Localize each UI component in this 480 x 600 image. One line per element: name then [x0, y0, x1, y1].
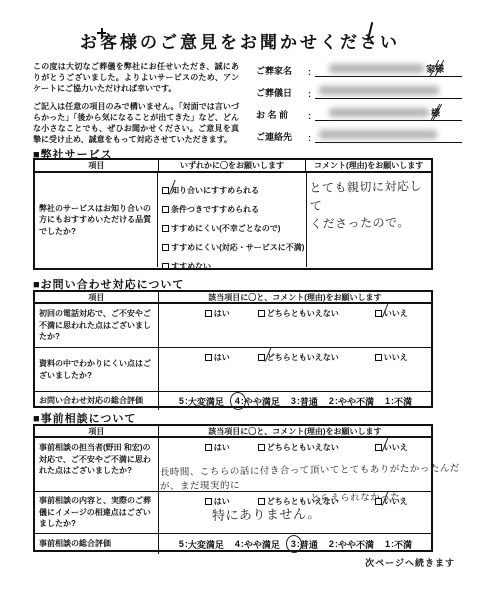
- checkbox-icon: [258, 444, 265, 451]
- option-neutral: どちらともいえない: [258, 352, 339, 363]
- option-label: どちらともいえない: [267, 352, 339, 363]
- consult-handwritten-comment-staff: 長時間、こちらの話に付き合って頂いてとてもありがたかったんだが、まだ現実的に と…: [160, 462, 479, 508]
- field-label: ご葬儀日: [256, 86, 306, 99]
- option-label: いいえ: [384, 442, 408, 453]
- option-label: はい: [214, 442, 230, 453]
- field-label: ご連絡先: [256, 130, 306, 143]
- header-fields: ご葬家名 : 家様 ご葬儀日 : お 名 前 : 様 ご連絡先 :: [256, 62, 462, 150]
- consult-handwritten-comment-gap: 特にありません。: [212, 505, 321, 526]
- field-value-line: 家様: [315, 61, 462, 77]
- checkbox-icon: [162, 244, 169, 251]
- option-label: どちらともいえない: [267, 442, 339, 453]
- checkbox-icon: [205, 310, 212, 317]
- option-label: はい: [214, 308, 230, 319]
- comment-line: とても親切に対応して: [309, 177, 427, 215]
- option-label: どちらともいえない: [267, 308, 339, 319]
- service-options: 知り合いにすすめられる 条件つきですすめられる すすめにくい(不幸ごとなので) …: [158, 173, 307, 267]
- field-suffix-struck: 家様: [426, 62, 444, 75]
- option-no: いいえ: [375, 442, 408, 453]
- consult-overall-row: 事前相談の総合評価 5:大変満足 4:やや満足 3:普通 2:やや不満 1:不満: [35, 534, 431, 554]
- intro-paragraph-2: ご記入は任意の項目のみで構いません。「対面では言いづらかった」「後から気になるこ…: [33, 101, 239, 146]
- field-respondent-name: お 名 前 : 様: [256, 106, 462, 121]
- consult-rating: 5:大変満足 4:やや満足 3:普通 2:やや不満 1:不満: [159, 534, 431, 554]
- rating-4: 4:やや満足: [234, 538, 280, 551]
- col-header-item: 項目: [35, 160, 159, 171]
- checkbox-icon: [375, 354, 382, 361]
- option-label: すすめにくい(対応・サービスに不満): [171, 242, 304, 253]
- field-value-line: 様: [315, 105, 462, 121]
- scanned-questionnaire-page: お客様のご意見をお聞かせください この度は大切なご葬儀を弊社にお任せいただき、誠…: [0, 0, 480, 600]
- field-label: お 名 前: [256, 108, 306, 121]
- checkbox-icon: [205, 354, 212, 361]
- option-recommend: 知り合いにすすめられる: [162, 181, 302, 200]
- field-suffix-struck: 様: [431, 106, 440, 119]
- page-title: お客様のご意見をお聞かせください: [0, 28, 480, 53]
- field-colon: :: [308, 111, 311, 121]
- checkbox-icon: [162, 263, 169, 270]
- inquiry-overall-label: お問い合わせ対応の総合評価: [35, 392, 159, 410]
- inquiry-question-materials: 資料の中でわかりにくい点はございましたか?: [35, 348, 159, 391]
- field-colon: :: [308, 89, 311, 99]
- checkbox-icon: [375, 444, 382, 451]
- col-header-item: 項目: [35, 426, 159, 436]
- checkbox-icon: [162, 206, 169, 213]
- option-label: 条件つきですすめられる: [171, 204, 259, 215]
- service-table-row: 弊社のサービスはお知り合いの方にもおすすめいただける品質でしたか? 知り合いにす…: [35, 173, 431, 267]
- checkbox-icon: [258, 354, 265, 361]
- redacted-handwriting: [319, 130, 437, 139]
- checkbox-icon: [205, 444, 212, 451]
- inquiry-question-phone: 初回の電話対応で、ご不安やご不満に思われた点はございましたか?: [35, 304, 159, 347]
- rating-2: 2:やや不満: [328, 538, 374, 551]
- rating-5: 5:大変満足: [178, 538, 224, 551]
- inquiry-table-header: 項目 該当項目に〇と、コメント(理由)をお願いします: [35, 292, 431, 304]
- option-hard-misfortune: すすめにくい(不幸ごとなので): [162, 219, 302, 238]
- option-hard-dissatisfied: すすめにくい(対応・サービスに不満): [162, 238, 302, 257]
- option-neutral: どちらともいえない: [258, 308, 339, 319]
- option-label: いいえ: [384, 352, 408, 363]
- option-no: いいえ: [375, 352, 408, 363]
- option-label: いいえ: [384, 308, 408, 319]
- checkbox-icon: [258, 310, 265, 317]
- inquiry-rating: 5:大変満足 4:やや満足 3:普通 2:やや不満 1:不満: [159, 392, 431, 410]
- inquiry-table: 項目 該当項目に〇と、コメント(理由)をお願いします 初回の電話対応で、ご不安や…: [33, 290, 433, 408]
- rating-2: 2:やや不満: [328, 395, 374, 408]
- option-neutral: どちらともいえない: [258, 442, 339, 453]
- option-label: はい: [214, 352, 230, 363]
- field-colon: :: [308, 67, 311, 77]
- rating-3: 3:普通: [290, 395, 318, 408]
- col-header-item: 項目: [35, 292, 159, 302]
- intro-text: この度は大切なご葬儀を弊社にお任せいただき、誠にありがとうございました。よりよい…: [33, 61, 239, 151]
- col-header-comment: コメント(理由)をお願いします: [306, 160, 431, 171]
- consult-table-header: 項目 該当項目に〇と、コメント(理由)をお願いします: [35, 426, 431, 438]
- inquiry-overall-row: お問い合わせ対応の総合評価 5:大変満足 4:やや満足 3:普通 2:やや不満 …: [35, 392, 431, 410]
- option-label: すすめない: [171, 261, 211, 272]
- field-family-name: ご葬家名 : 家様: [256, 62, 462, 77]
- option-label: すすめにくい(不幸ごとなので): [171, 223, 280, 234]
- inquiry-options-materials: はい どちらともいえない いいえ: [159, 348, 431, 391]
- option-yes: はい: [205, 352, 230, 363]
- rating-1: 1:不満: [384, 538, 412, 551]
- field-funeral-date: ご葬儀日 :: [256, 84, 462, 99]
- field-label: ご葬家名: [256, 64, 306, 77]
- service-table: 項目 いずれかに〇をお願いします コメント(理由)をお願いします 弊社のサービス…: [33, 158, 433, 270]
- redacted-handwriting: [329, 64, 424, 73]
- checkbox-icon: [162, 225, 169, 232]
- checkbox-icon: [162, 187, 169, 194]
- continue-note: 次ページへ続きます: [365, 556, 455, 569]
- field-colon: :: [308, 133, 311, 143]
- option-yes: はい: [205, 308, 230, 319]
- consult-question-gap: 事前相談の内容と、実際のご葬儀にイメージの相違点はございましたか?: [35, 492, 159, 533]
- rating-5: 5:大変満足: [178, 395, 224, 408]
- col-header-choice: いずれかに〇をお願いします: [159, 160, 307, 171]
- field-value-line: [315, 83, 462, 99]
- option-not-recommend: すすめない: [162, 257, 302, 276]
- rating-4: 4:やや満足: [234, 395, 280, 408]
- option-yes: はい: [205, 442, 230, 453]
- col-header-answer: 該当項目に〇と、コメント(理由)をお願いします: [159, 292, 431, 302]
- redacted-handwriting: [329, 108, 429, 117]
- inquiry-row-phone: 初回の電話対応で、ご不安やご不満に思われた点はございましたか? はい どちらとも…: [35, 304, 431, 348]
- option-conditional: 条件つきですすめられる: [162, 200, 302, 219]
- inquiry-row-materials: 資料の中でわかりにくい点はございましたか? はい どちらともいえない いいえ: [35, 348, 431, 392]
- option-no: いいえ: [375, 308, 408, 319]
- checkbox-icon: [375, 310, 382, 317]
- service-table-header: 項目 いずれかに〇をお願いします コメント(理由)をお願いします: [35, 160, 431, 173]
- consult-question-staff: 事前相談の担当者(野田 和宏)の対応で、ご不安やご不満に思われた点はございました…: [35, 438, 159, 491]
- field-value-line: [315, 127, 462, 143]
- col-header-answer: 該当項目に〇と、コメント(理由)をお願いします: [159, 426, 431, 436]
- option-label: 知り合いにすすめられる: [171, 185, 259, 196]
- intro-paragraph-1: この度は大切なご葬儀を弊社にお任せいただき、誠にありがとうございました。よりよい…: [33, 61, 239, 95]
- consult-overall-label: 事前相談の総合評価: [35, 534, 159, 554]
- rating-1: 1:不満: [384, 395, 412, 408]
- inquiry-options-phone: はい どちらともいえない いいえ: [159, 304, 431, 347]
- comment-line: くださったので。: [310, 213, 427, 233]
- service-question: 弊社のサービスはお知り合いの方にもおすすめいただける品質でしたか?: [35, 173, 158, 267]
- redacted-handwriting: [319, 86, 439, 95]
- service-handwritten-comment: とても親切に対応して くださったので。: [306, 172, 432, 268]
- field-contact: ご連絡先 :: [256, 128, 462, 143]
- rating-3: 3:普通: [290, 538, 318, 551]
